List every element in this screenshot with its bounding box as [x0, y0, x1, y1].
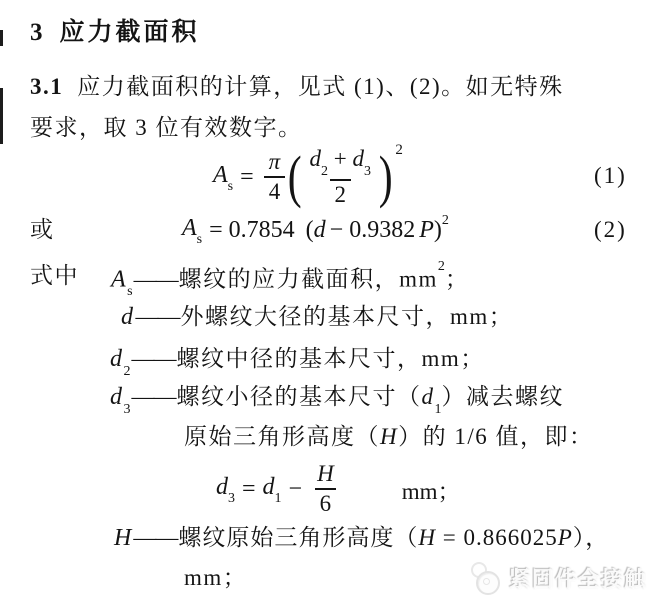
equation-number-1: (1) [594, 163, 627, 189]
d3-sub: 3 [364, 164, 371, 179]
definition-d2: d2——螺纹中径的基本尺寸，mm； [110, 345, 485, 383]
d1-sub: 1 [275, 491, 282, 506]
close-paren: ) [434, 217, 442, 244]
numerator-d2-d3: d2 + d3 [305, 147, 376, 178]
symbol-A-sub: s [197, 232, 202, 247]
equals-sign: = [242, 476, 256, 503]
formula1-lhs: As [213, 162, 233, 193]
where-label: 式中 [30, 262, 79, 290]
denominator-2: 2 [330, 179, 352, 207]
equation-number-2: (2) [594, 217, 627, 243]
symbol-d: d [121, 304, 135, 330]
d3-sub: 3 [124, 402, 131, 417]
symbol-d2: d [110, 346, 124, 372]
definition-tail: ； [445, 267, 470, 292]
definition-d3: d3——螺纹小径的基本尺寸（d1）减去螺纹 [110, 383, 564, 421]
symbol-P: P [558, 525, 573, 550]
definition-As: As——螺纹的应力截面积，mm2； [111, 261, 469, 303]
symbol-A: A [213, 162, 228, 188]
paragraph-line-2: 要求，取 3 位有效数字。 [30, 114, 303, 142]
formula3-lhs: d3 [216, 474, 235, 505]
clause-text-2: 要求，取 3 位有效数字。 [30, 115, 303, 140]
pi-symbol: π [264, 150, 286, 176]
symbol-A: A [182, 215, 197, 241]
definition-text: 螺纹中径的基本尺寸，mm； [177, 346, 485, 371]
formula3-d1: d1 [263, 474, 282, 505]
d2-sub: 2 [124, 364, 131, 379]
plus-sign: + [334, 146, 347, 171]
formula-1: As = π 4 ( d2 + d3 2 ) 2 [213, 146, 403, 208]
logo-dot [483, 578, 490, 585]
formula-d3: d3 = d1 − H 6 mm； [216, 462, 461, 516]
document-page: 3应力截面积 3.1应力截面积的计算，见式 (1)、(2)。如无特殊 要求，取 … [0, 0, 659, 602]
definition-text: 螺纹的应力截面积，mm [179, 267, 438, 292]
clause-text: 应力截面积的计算，见式 (1)、(2)。如无特殊 [77, 74, 563, 99]
paragraph-line-1: 3.1应力截面积的计算，见式 (1)、(2)。如无特殊 [30, 73, 564, 101]
fraction-H-6: H 6 [312, 462, 339, 516]
As-sub: s [127, 284, 132, 299]
symbol-d1: d [422, 384, 435, 409]
symbol-H-inner: H [418, 525, 436, 550]
definition-d3-continued: 原始三角形高度（H）的 1/6 值，即： [184, 423, 594, 451]
definition-dash: —— [136, 304, 180, 329]
fraction-d2-d3: d2 + d3 2 [305, 147, 376, 206]
minus-sign: − [289, 476, 303, 503]
definition-dash: —— [132, 384, 176, 409]
fraction-pi-4: π 4 [264, 150, 286, 204]
symbol-As: A [111, 267, 127, 293]
numerator-H: H [312, 462, 339, 488]
mm-squared-sup: 2 [438, 259, 445, 274]
d2-sub: 2 [321, 164, 328, 179]
definition-text-2: ）减去螺纹 [442, 384, 565, 409]
formula2-lhs: As [182, 215, 202, 246]
denominator-6: 6 [315, 488, 337, 516]
minus-term: − 0.9382 [330, 217, 416, 244]
definition-text: 螺纹原始三角形高度（ [178, 525, 418, 550]
definition-text: 原始三角形高度（ [184, 424, 380, 449]
unit-mm: mm； [402, 473, 461, 506]
symbol-H: H [114, 525, 132, 551]
d3-sub: 3 [228, 491, 235, 506]
definition-d: d——外螺纹大径的基本尺寸，mm； [121, 303, 513, 341]
H-value: = 0.866025 [436, 525, 558, 550]
definition-text: 外螺纹大径的基本尺寸，mm； [181, 304, 514, 329]
definition-H: H——螺纹原始三角形高度（H = 0.866025P）， [114, 524, 609, 562]
definition-dash: —— [132, 346, 176, 371]
exponent-2: 2 [442, 213, 449, 229]
symbol-d3: d [353, 146, 365, 171]
or-label: 或 [30, 216, 55, 244]
watermark: 紧固件全接触 [471, 562, 647, 594]
denominator-4: 4 [264, 176, 286, 204]
definition-dash: —— [134, 267, 178, 292]
scan-artifact [0, 30, 3, 46]
definition-text: 螺纹小径的基本尺寸（ [177, 384, 422, 409]
scan-artifact [0, 88, 3, 144]
section-number: 3 [30, 19, 46, 46]
watermark-text: 紧固件全接触 [509, 563, 647, 593]
symbol-d: d [314, 217, 326, 244]
symbol-d3: d [216, 474, 228, 500]
symbol-d3: d [110, 384, 124, 410]
definition-dash: —— [133, 525, 177, 550]
section-title: 应力截面积 [60, 19, 200, 46]
symbol-H: H [380, 424, 398, 449]
equals-sign: = [240, 164, 254, 191]
definition-H-continued: mm； [184, 564, 247, 592]
clause-number: 3.1 [30, 74, 63, 99]
definition-text-2: ）的 1/6 值，即： [398, 424, 593, 449]
section-heading: 3应力截面积 [30, 12, 200, 48]
open-paren: ( [306, 217, 314, 244]
symbol-d1: d [263, 474, 275, 500]
definition-text-2: ）， [573, 525, 610, 550]
d1-sub: 1 [435, 402, 442, 417]
symbol-A-sub: s [228, 179, 233, 194]
symbol-P: P [419, 217, 434, 244]
symbol-d2: d [310, 146, 322, 171]
coefficient: = 0.7854 [209, 217, 295, 244]
fastener-logo-icon [471, 562, 501, 594]
exponent-2: 2 [395, 142, 403, 159]
formula-2: As = 0.7854 ( d − 0.9382 P ) 2 [182, 213, 449, 247]
